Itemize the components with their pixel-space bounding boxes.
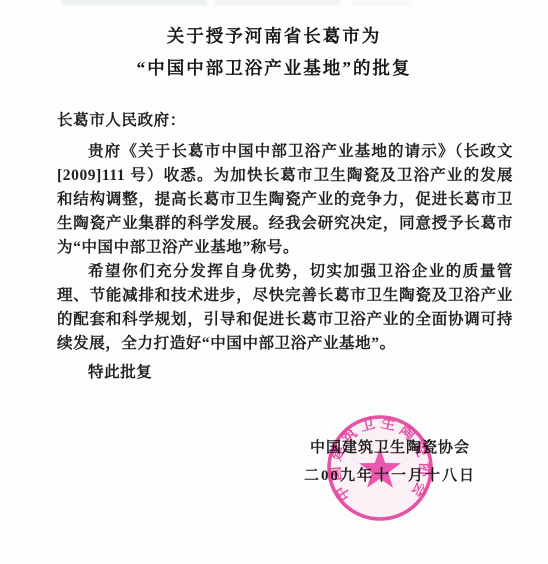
signature-block: 中国建筑卫生陶瓷协会 二00九年十一月十八日 [298,436,482,485]
paragraph-1: 贵府《关于长葛市中国中部卫浴产业基地的请示》（长政文[2009]111 号）收悉… [57,140,513,260]
document-body: 长葛市人民政府： 贵府《关于长葛市中国中部卫浴产业基地的请示》（长政文[2009… [57,108,513,385]
signature-date: 二00九年十一月十八日 [298,464,482,485]
title-line-2: “中国中部卫浴产业基地”的批复 [0,52,548,84]
signature-organization: 中国建筑卫生陶瓷协会 [298,436,482,457]
title-line-1: 关于授予河南省长葛市为 [0,20,548,52]
cropped-header-remnant [352,0,410,5]
document-title: 关于授予河南省长葛市为 “中国中部卫浴产业基地”的批复 [0,20,548,84]
cropped-header-remnant [62,0,207,5]
document-page: 关于授予河南省长葛市为 “中国中部卫浴产业基地”的批复 长葛市人民政府： 贵府《… [0,0,548,564]
closing-phrase: 特此批复 [57,361,513,385]
cropped-header-remnant [215,0,340,5]
salutation: 长葛市人民政府： [57,108,513,134]
paragraph-2: 希望你们充分发挥自身优势，切实加强卫浴企业的质量管理、节能减排和技术进步，尽快完… [57,260,513,356]
